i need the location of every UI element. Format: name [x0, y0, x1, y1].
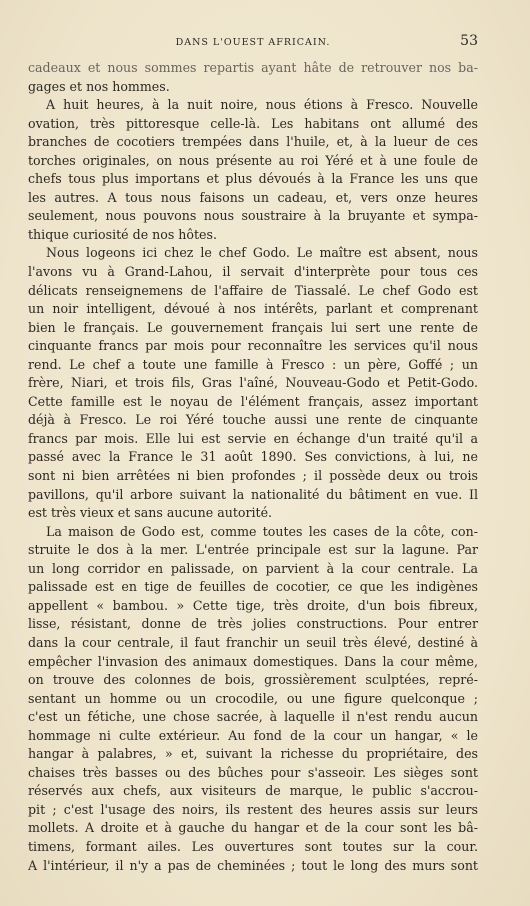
- text-line: Cette famille est le noyau de l'élément …: [28, 393, 478, 412]
- running-header: DANS L'OUEST AFRICAIN. 53: [28, 33, 478, 51]
- text-line: passé avec la France le 31 août 1890. Se…: [28, 448, 478, 467]
- body-text: cadeaux et nous sommes repartis ayant hâ…: [28, 59, 478, 875]
- text-line: déjà à Fresco. Le roi Yéré touche aussi …: [28, 411, 478, 430]
- text-line: seulement, nous pouvons nous soustraire …: [28, 207, 478, 226]
- text-line: les autres. A tous nous faisons un cadea…: [28, 189, 478, 208]
- text-line: mollets. A droite et à gauche du hangar …: [28, 819, 478, 838]
- paragraph: La maison de Godo est, comme toutes les …: [28, 523, 478, 875]
- text-line: thique curiosité de nos hôtes.: [28, 226, 478, 245]
- text-line: dans la cour centrale, il faut franchir …: [28, 634, 478, 653]
- text-line: lisse, résistant, donne de très jolies c…: [28, 615, 478, 634]
- text-line: pavillons, qu'il arbore suivant la natio…: [28, 486, 478, 505]
- text-line: cadeaux et nous sommes repartis ayant hâ…: [28, 59, 478, 78]
- text-line: bien le français. Le gouvernement frança…: [28, 319, 478, 338]
- text-line: chaises très basses ou des bûches pour s…: [28, 764, 478, 783]
- text-line: frère, Niari, et trois fils, Gras l'aîné…: [28, 374, 478, 393]
- page-number: 53: [460, 33, 478, 49]
- text-line: La maison de Godo est, comme toutes les …: [28, 523, 478, 542]
- text-line: torches originales, on nous présente au …: [28, 152, 478, 171]
- text-line: l'avons vu à Grand-Lahou, il servait d'i…: [28, 263, 478, 282]
- text-line: hangar à palabres, » et, suivant la rich…: [28, 745, 478, 764]
- text-line: timens, formant ailes. Les ouvertures so…: [28, 838, 478, 857]
- text-line: struite le dos à la mer. L'entrée princi…: [28, 541, 478, 560]
- text-line: sont ni bien arrêtées ni bien profondes …: [28, 467, 478, 486]
- text-line: est très vieux et sans aucune autorité.: [28, 504, 478, 523]
- text-line: palissade est en tige de feuilles de coc…: [28, 578, 478, 597]
- text-line: un noir intelligent, dévoué à nos intérê…: [28, 300, 478, 319]
- text-line: Nous logeons ici chez le chef Godo. Le m…: [28, 244, 478, 263]
- text-line: réservés aux chefs, aux visiteurs de mar…: [28, 782, 478, 801]
- text-line: appellent « bambou. » Cette tige, très d…: [28, 597, 478, 616]
- text-line: francs par mois. Elle lui est servie en …: [28, 430, 478, 449]
- text-line: empêcher l'invasion des animaux domestiq…: [28, 653, 478, 672]
- book-page: DANS L'OUEST AFRICAIN. 53 cadeaux et nou…: [0, 0, 530, 906]
- paragraph: cadeaux et nous sommes repartis ayant hâ…: [28, 59, 478, 96]
- text-line: rend. Le chef a toute une famille à Fres…: [28, 356, 478, 375]
- text-line: ovation, très pittoresque celle-là. Les …: [28, 115, 478, 134]
- text-line: pit ; c'est l'usage des noirs, ils reste…: [28, 801, 478, 820]
- text-line: branches de cocotiers trempées dans l'hu…: [28, 133, 478, 152]
- text-line: A huit heures, à la nuit noire, nous éti…: [28, 96, 478, 115]
- text-line: A l'intérieur, il n'y a pas de cheminées…: [28, 857, 478, 876]
- text-line: sentant un homme ou un crocodile, ou une…: [28, 690, 478, 709]
- text-line: c'est un fétiche, une chose sacrée, à la…: [28, 708, 478, 727]
- text-line: délicats renseignemens de l'affaire de T…: [28, 282, 478, 301]
- text-line: cinquante francs par mois pour reconnaît…: [28, 337, 478, 356]
- text-line: un long corridor en palissade, on parvie…: [28, 560, 478, 579]
- paragraph: A huit heures, à la nuit noire, nous éti…: [28, 96, 478, 244]
- text-line: gages et nos hommes.: [28, 78, 478, 97]
- text-line: chefs tous plus importans et plus dévoué…: [28, 170, 478, 189]
- running-title: DANS L'OUEST AFRICAIN.: [28, 37, 478, 48]
- text-line: on trouve des colonnes de bois, grossièr…: [28, 671, 478, 690]
- paragraph: Nous logeons ici chez le chef Godo. Le m…: [28, 244, 478, 522]
- text-line: hommage ni culte extérieur. Au fond de l…: [28, 727, 478, 746]
